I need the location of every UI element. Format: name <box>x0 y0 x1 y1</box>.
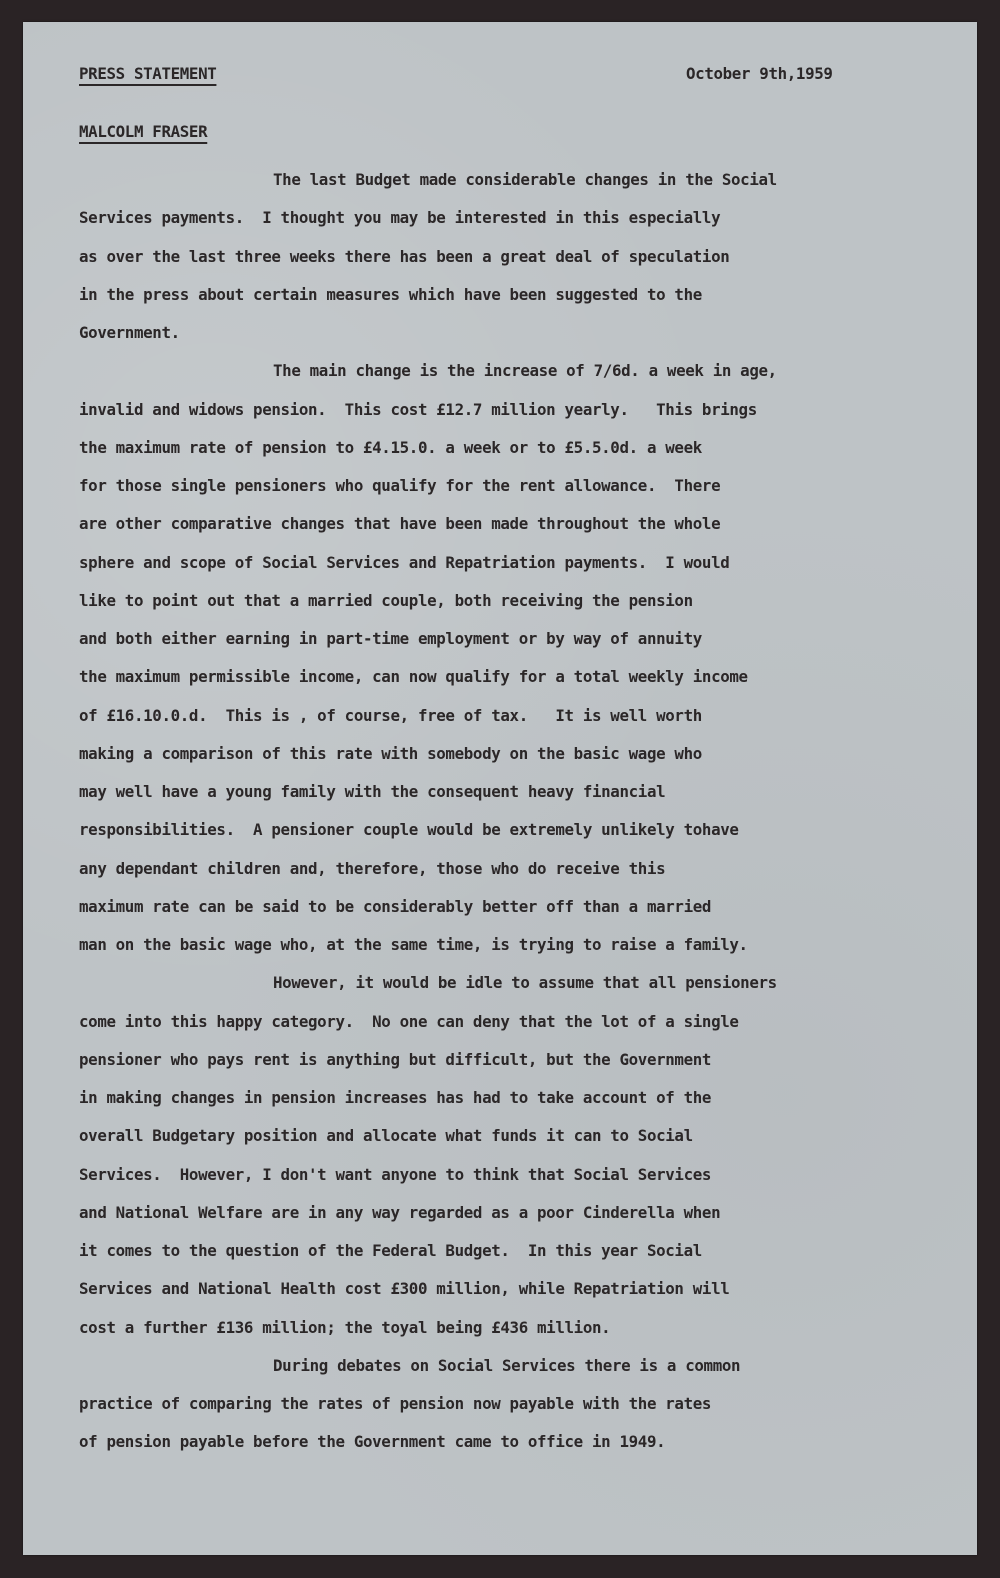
press-statement-heading: PRESS STATEMENT <box>79 64 216 83</box>
body-text-line: of pension payable before the Government… <box>79 1432 959 1470</box>
body-text-line: in the press about certain measures whic… <box>79 285 959 323</box>
body-text-line: as over the last three weeks there has b… <box>79 247 959 285</box>
body-text-line: the maximum rate of pension to £4.15.0. … <box>79 438 959 476</box>
body-text-line: sphere and scope of Social Services and … <box>79 553 959 591</box>
statement-body: The last Budget made considerable change… <box>79 170 959 1471</box>
body-text-line: man on the basic wage who, at the same t… <box>79 935 959 973</box>
body-text-line: it comes to the question of the Federal … <box>79 1241 959 1279</box>
body-text-line: However, it would be idle to assume that… <box>79 973 959 1011</box>
author-name: MALCOLM FRASER <box>79 122 207 141</box>
body-text-line: and National Welfare are in any way rega… <box>79 1203 959 1241</box>
body-text-line: any dependant children and, therefore, t… <box>79 859 959 897</box>
body-text-line: are other comparative changes that have … <box>79 514 959 552</box>
typed-document-page: PRESS STATEMENT October 9th,1959 MALCOLM… <box>23 22 977 1555</box>
body-text-line: Services and National Health cost £300 m… <box>79 1279 959 1317</box>
body-text-line: in making changes in pension increases h… <box>79 1088 959 1126</box>
body-text-line: may well have a young family with the co… <box>79 782 959 820</box>
body-text-line: for those single pensioners who qualify … <box>79 476 959 514</box>
body-text-line: practice of comparing the rates of pensi… <box>79 1394 959 1432</box>
body-text-line: of £16.10.0.d. This is , of course, free… <box>79 706 959 744</box>
body-text-line: Government. <box>79 323 959 361</box>
body-text-line: The last Budget made considerable change… <box>79 170 959 208</box>
body-text-line: making a comparison of this rate with so… <box>79 744 959 782</box>
body-text-line: During debates on Social Services there … <box>79 1356 959 1394</box>
body-text-line: come into this happy category. No one ca… <box>79 1012 959 1050</box>
body-text-line: like to point out that a married couple,… <box>79 591 959 629</box>
body-text-line: cost a further £136 million; the toyal b… <box>79 1318 959 1356</box>
body-text-line: pensioner who pays rent is anything but … <box>79 1050 959 1088</box>
body-text-line: invalid and widows pension. This cost £1… <box>79 400 959 438</box>
body-text-line: responsibilities. A pensioner couple wou… <box>79 820 959 858</box>
body-text-line: overall Budgetary position and allocate … <box>79 1126 959 1164</box>
document-date: October 9th,1959 <box>686 64 833 83</box>
body-text-line: maximum rate can be said to be considera… <box>79 897 959 935</box>
body-text-line: The main change is the increase of 7/6d.… <box>79 361 959 399</box>
body-text-line: and both either earning in part-time emp… <box>79 629 959 667</box>
body-text-line: Services payments. I thought you may be … <box>79 208 959 246</box>
body-text-line: the maximum permissible income, can now … <box>79 667 959 705</box>
body-text-line: Services. However, I don't want anyone t… <box>79 1165 959 1203</box>
